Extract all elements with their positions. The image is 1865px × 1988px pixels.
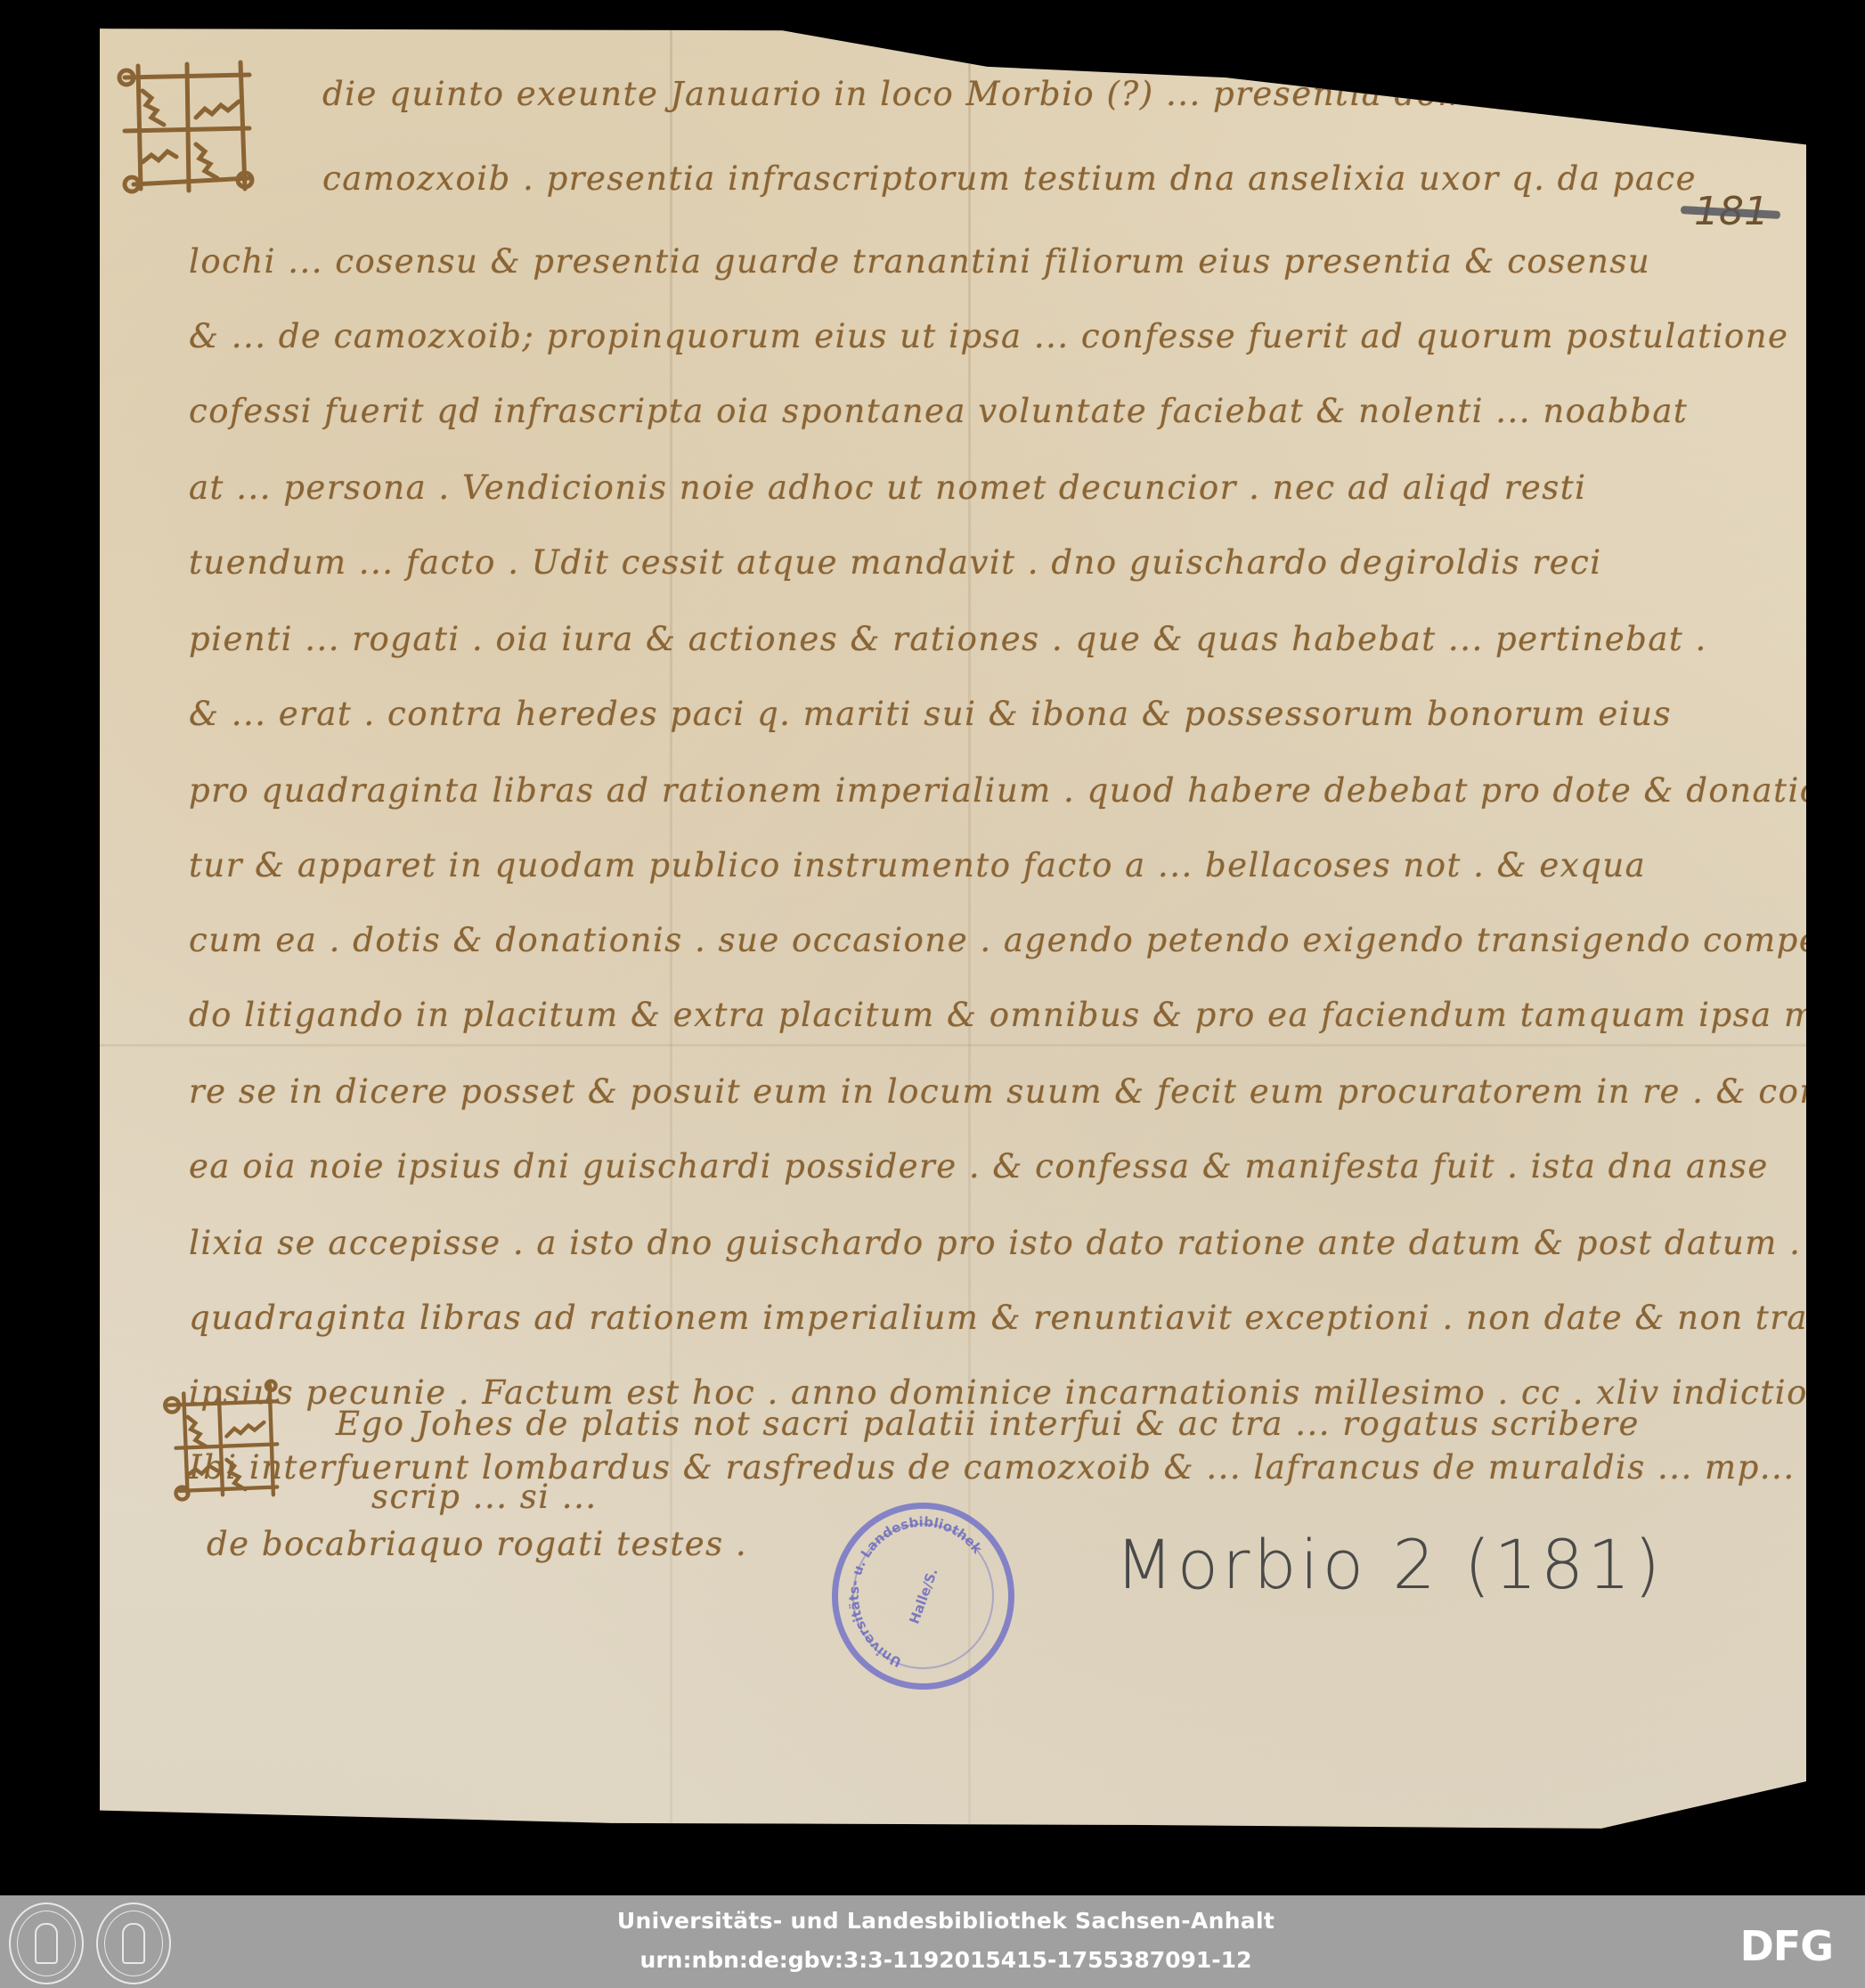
text-line: tur & apparet in quodam publico instrume…: [189, 846, 1646, 884]
text-line: die quinto exeunte Januario in loco Morb…: [322, 75, 1755, 113]
fold-line-horizontal: [100, 1044, 1806, 1047]
parchment-sheet: 181 die quinto exeunte Januario in loco …: [100, 20, 1806, 1832]
text-line: pienti ... rogati . oia iura & actiones …: [189, 620, 1707, 658]
text-line: de bocabriaquo rogati testes .: [207, 1525, 747, 1563]
text-line: camozxoib . presentia infrascriptorum te…: [322, 159, 1697, 198]
text-line: tuendum ... facto . Udit cessit atque ma…: [189, 543, 1602, 582]
notarial-sign-icon: [160, 1378, 285, 1503]
scan-area: 181 die quinto exeunte Januario in loco …: [0, 0, 1865, 1895]
institution-name: Universitäts- und Landesbibliothek Sachs…: [0, 1908, 1865, 1934]
dfg-logo: DFG: [1740, 1922, 1833, 1970]
text-line: re se in dicere posset & posuit eum in l…: [189, 1072, 1865, 1111]
text-line: quadraginta libras ad rationem imperiali…: [189, 1299, 1865, 1337]
text-line: do litigando in placitum & extra placitu…: [189, 996, 1865, 1034]
library-stamp: Universitäts- u. Landesbibliothek Halle/…: [832, 1503, 1014, 1690]
text-line: lixia se accepisse . a isto dno guischar…: [189, 1224, 1801, 1262]
text-line: cofessi fuerit qd infrascripta oia spont…: [189, 392, 1688, 430]
text-line: & ... de camozxoib; propinquorum eius ut…: [189, 317, 1788, 355]
notary-subscription-line: scrip ... si ...: [371, 1478, 598, 1516]
shelfmark-pencil: Morbio 2 (181): [1115, 1525, 1664, 1604]
text-line: at ... persona . Vendicionis noie adhoc …: [189, 468, 1586, 507]
text-line: ea oia noie ipsius dni guischardi possid…: [189, 1147, 1769, 1185]
urn-identifier: urn:nbn:de:gbv:3:3-1192015415-1755387091…: [0, 1947, 1865, 1973]
text-line: & ... erat . contra heredes paci q. mari…: [189, 695, 1672, 733]
footer-bar: Universitäts- und Landesbibliothek Sachs…: [0, 1895, 1865, 1988]
text-line: lochi ... cosensu & presentia guarde tra…: [189, 242, 1650, 281]
text-line: pro quadraginta libras ad rationem imper…: [189, 771, 1865, 810]
notary-subscription-line: Ego Johes de platis not sacri palatii in…: [336, 1405, 1640, 1443]
text-line: cum ea . dotis & donationis . sue occasi…: [189, 921, 1865, 959]
notarial-sign-icon: [116, 55, 258, 198]
